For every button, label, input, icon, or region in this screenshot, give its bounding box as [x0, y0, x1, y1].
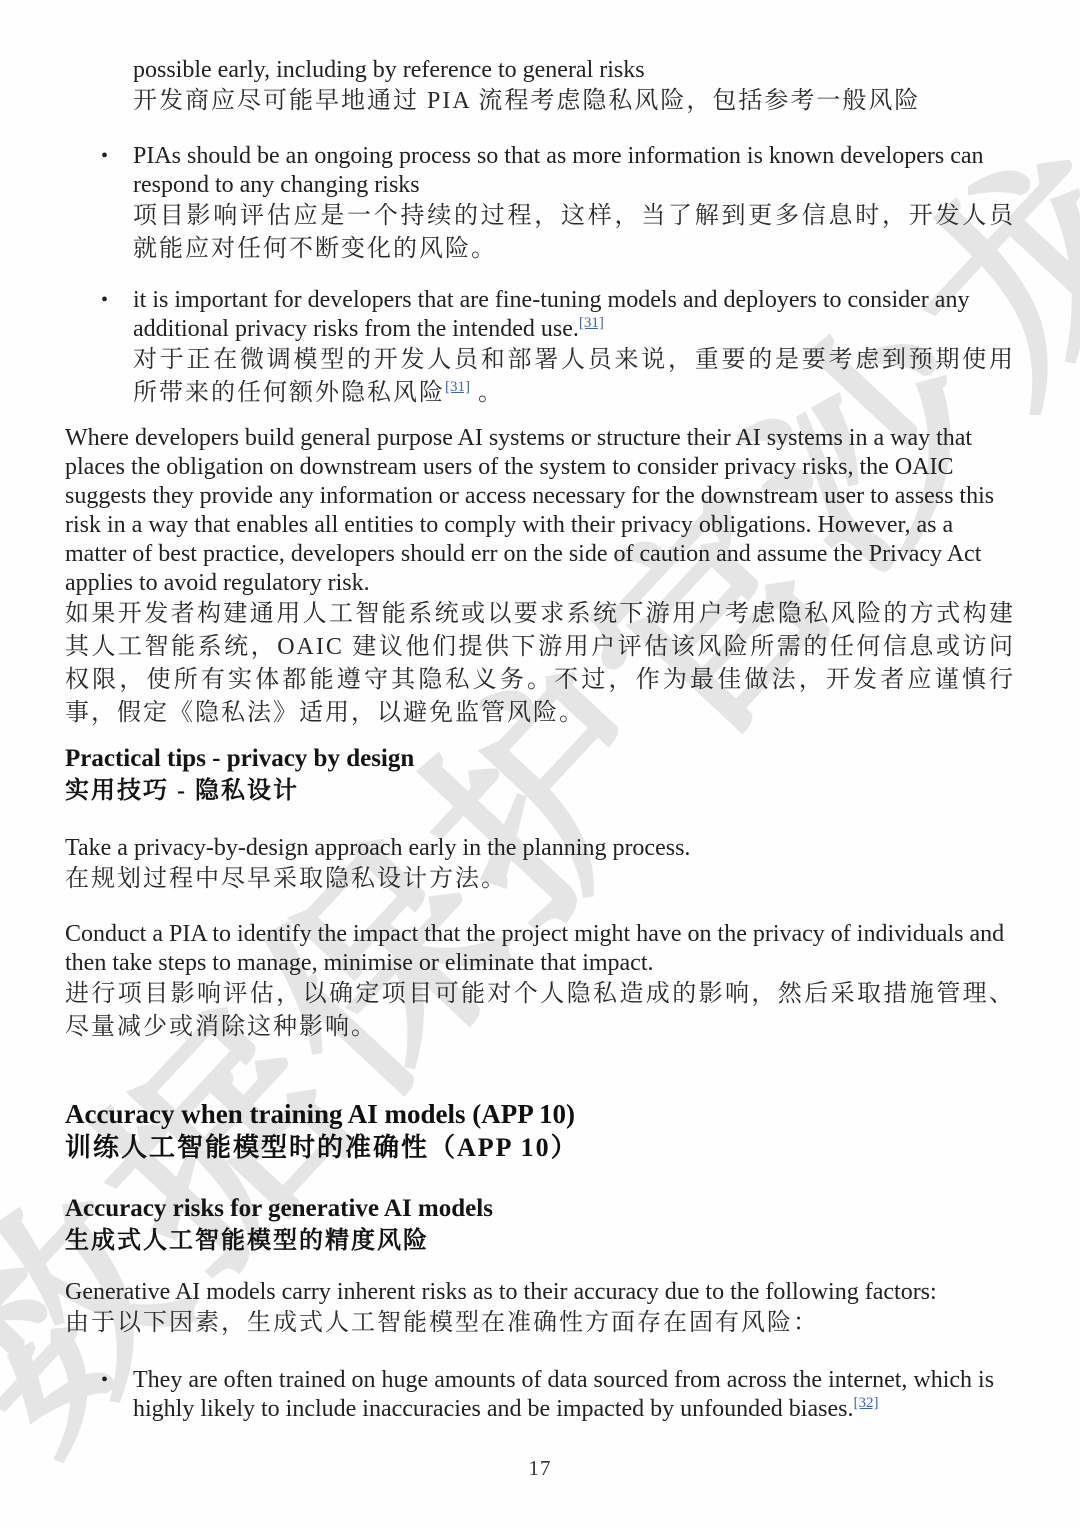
- paragraph-conduct-pia: Conduct a PIA to identify the impact tha…: [65, 920, 1015, 1044]
- footnote-link-31-zh[interactable]: [31]: [445, 379, 470, 395]
- paragraph-take-zh: 在规划过程中尽早采取隐私设计方法。: [65, 863, 1015, 896]
- paragraph-where-zh: 如果开发者构建通用人工智能系统或以要求系统下游用户考虑隐私风险的方式构建其人工智…: [65, 598, 1015, 730]
- heading-practical-tips-zh: 实用技巧 - 隐私设计: [65, 774, 1015, 808]
- bullet-finetuning: • it is important for developers that ar…: [65, 286, 1015, 410]
- footnote-link-32[interactable]: [32]: [853, 1395, 878, 1411]
- page-footer: 17: [0, 1456, 1080, 1481]
- bullet-trained-en: They are often trained on huge amounts o…: [133, 1366, 1015, 1424]
- paragraph-generative-zh: 由于以下因素，生成式人工智能模型在准确性方面存在固有风险：: [65, 1307, 1015, 1340]
- paragraph-conduct-zh: 进行项目影响评估，以确定项目可能对个人隐私造成的影响，然后采取措施管理、尽量减少…: [65, 978, 1015, 1044]
- heading-practical-tips-en: Practical tips - privacy by design: [65, 744, 1015, 774]
- heading-accuracy-risks-en: Accuracy risks for generative AI models: [65, 1194, 1015, 1224]
- bullet-dot-icon: •: [65, 286, 133, 410]
- bullet-dot-icon: •: [65, 1366, 133, 1424]
- heading-practical-tips: Practical tips - privacy by design 实用技巧 …: [65, 744, 1015, 808]
- document-page: 数据保护官沙龙 possible early, including by ref…: [0, 0, 1080, 1527]
- bullet-pias-ongoing: • PIAs should be an ongoing process so t…: [65, 142, 1015, 266]
- bullet-finetuning-zh: 对于正在微调模型的开发人员和部署人员来说，重要的是要考虑到预期使用所带来的任何额…: [133, 344, 1015, 410]
- heading-accuracy-risks: Accuracy risks for generative AI models …: [65, 1194, 1015, 1258]
- continued-bullet-en: possible early, including by reference t…: [133, 56, 1015, 85]
- bullet-finetuning-en: it is important for developers that are …: [133, 286, 1015, 344]
- bullet-trained-data: • They are often trained on huge amounts…: [65, 1366, 1015, 1424]
- bullet-body: They are often trained on huge amounts o…: [133, 1366, 1015, 1424]
- paragraph-conduct-en: Conduct a PIA to identify the impact tha…: [65, 920, 1015, 978]
- bullet-finetuning-zh-text: 对于正在微调模型的开发人员和部署人员来说，重要的是要考虑到预期使用所带来的任何额…: [133, 347, 1015, 406]
- bullet-body: PIAs should be an ongoing process so tha…: [133, 142, 1015, 266]
- continued-bullet-zh: 开发商应尽可能早地通过 PIA 流程考虑隐私风险，包括参考一般风险: [133, 85, 1015, 118]
- bullet-pias-zh: 项目影响评估应是一个持续的过程，这样，当了解到更多信息时，开发人员就能应对任何不…: [133, 200, 1015, 266]
- paragraph-take-approach: Take a privacy-by-design approach early …: [65, 834, 1015, 896]
- bullet-finetuning-zh-tail: 。: [470, 380, 504, 406]
- paragraph-generative-en: Generative AI models carry inherent risk…: [65, 1278, 1015, 1307]
- paragraph-where-developers: Where developers build general purpose A…: [65, 424, 1015, 730]
- bullet-dot-icon: •: [65, 142, 133, 266]
- paragraph-where-en: Where developers build general purpose A…: [65, 424, 1015, 598]
- bullet-pias-en: PIAs should be an ongoing process so tha…: [133, 142, 1015, 200]
- continued-bullet-block: possible early, including by reference t…: [133, 56, 1015, 118]
- bullet-body: it is important for developers that are …: [133, 286, 1015, 410]
- paragraph-generative-risks: Generative AI models carry inherent risk…: [65, 1278, 1015, 1340]
- heading-accuracy-training: Accuracy when training AI models (APP 10…: [65, 1098, 1015, 1166]
- bullet-finetuning-en-text: it is important for developers that are …: [133, 287, 969, 342]
- heading-accuracy-training-zh: 训练人工智能模型时的准确性（APP 10）: [65, 1130, 1015, 1166]
- paragraph-take-en: Take a privacy-by-design approach early …: [65, 834, 1015, 863]
- content-column: possible early, including by reference t…: [65, 0, 1015, 1424]
- footnote-link-31[interactable]: [31]: [579, 315, 604, 331]
- page-number: 17: [529, 1456, 552, 1480]
- heading-accuracy-risks-zh: 生成式人工智能模型的精度风险: [65, 1224, 1015, 1258]
- heading-accuracy-training-en: Accuracy when training AI models (APP 10…: [65, 1098, 1015, 1130]
